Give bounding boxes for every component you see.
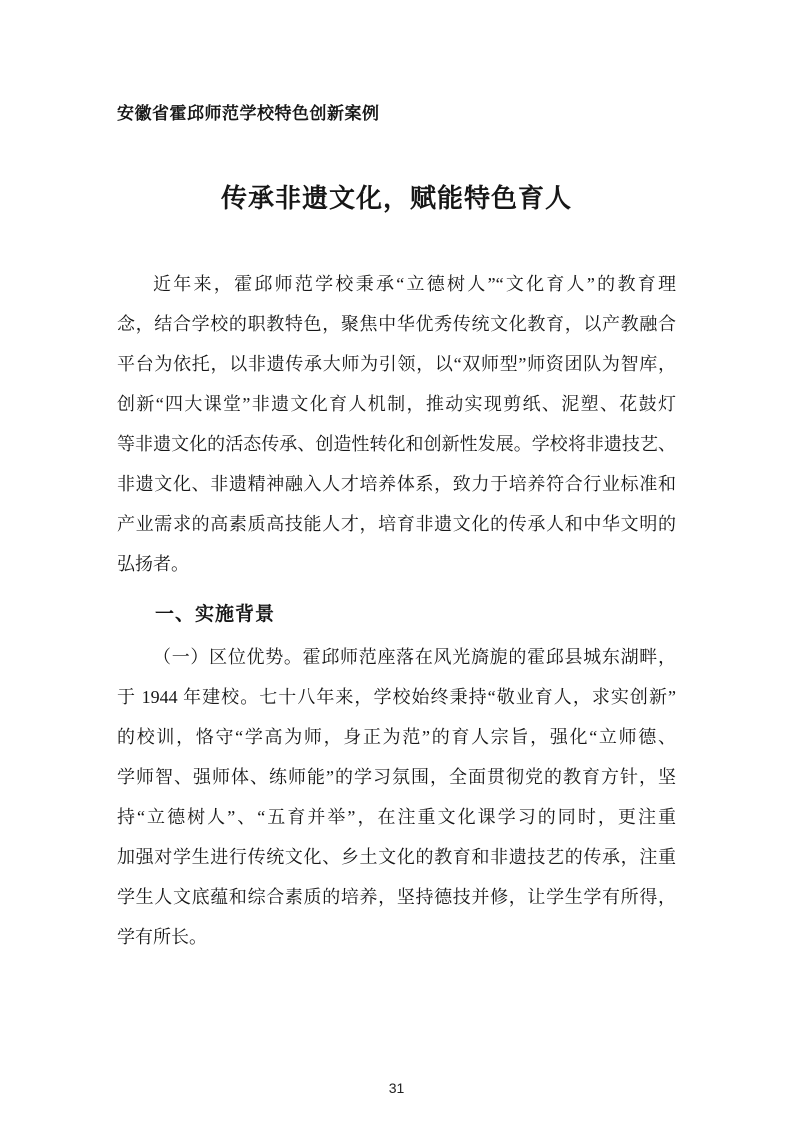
intro-paragraph: 近年来，霍邱师范学校秉承“立德树人”“文化育人”的教育理念，结合学校的职教特色，… — [117, 264, 676, 584]
text-line: 学有所长。 — [117, 917, 676, 957]
text-line: 于 1944 年建校。七十八年来，学校始终秉持“敬业育人，求实创新” — [117, 677, 676, 717]
text-line: （一）区位优势。霍邱师范座落在风光旖旎的霍邱县城东湖畔， — [117, 637, 676, 677]
doc-header-subject: 霍邱师范学校特色创新案例 — [170, 104, 380, 123]
document-page: 安徽省霍邱师范学校特色创新案例 传承非遗文化，赋能特色育人 近年来，霍邱师范学校… — [0, 0, 793, 1122]
doc-header-org: 安徽省 — [117, 104, 170, 123]
text-line: 平台为依托，以非遗传承大师为引领，以“双师型”师资团队为智库， — [117, 344, 676, 384]
doc-header: 安徽省霍邱师范学校特色创新案例 — [117, 99, 380, 124]
text-line: 加强对学生进行传统文化、乡土文化的教育和非遗技艺的传承，注重 — [117, 837, 676, 877]
background-paragraph: （一）区位优势。霍邱师范座落在风光旖旎的霍邱县城东湖畔，于 1944 年建校。七… — [117, 637, 676, 957]
text-line: 的校训，恪守“学高为师，身正为范”的育人宗旨，强化“立师德、 — [117, 717, 676, 757]
section-heading-implementation-background: 一、实施背景 — [117, 595, 676, 635]
text-line: 弘扬者。 — [117, 544, 676, 584]
text-line: 持“立德树人”、“五育并举”，在注重文化课学习的同时，更注重 — [117, 797, 676, 837]
text-line: 非遗文化、非遗精神融入人才培养体系，致力于培养符合行业标准和 — [117, 464, 676, 504]
text-line: 念，结合学校的职教特色，聚焦中华优秀传统文化教育，以产教融合 — [117, 304, 676, 344]
text-line: 等非遗文化的活态传承、创造性转化和创新性发展。学校将非遗技艺、 — [117, 424, 676, 464]
text-line: 学生人文底蕴和综合素质的培养，坚持德技并修，让学生学有所得， — [117, 877, 676, 917]
text-line: 近年来，霍邱师范学校秉承“立德树人”“文化育人”的教育理 — [117, 264, 676, 304]
text-line: 学师智、强师体、练师能”的学习氛围，全面贯彻党的教育方针，坚 — [117, 757, 676, 797]
doc-title: 传承非遗文化，赋能特色育人 — [117, 181, 676, 215]
text-line: 创新“四大课堂”非遗文化育人机制，推动实现剪纸、泥塑、花鼓灯 — [117, 384, 676, 424]
page-number: 31 — [0, 1080, 793, 1096]
text-line: 产业需求的高素质高技能人才，培育非遗文化的传承人和中华文明的 — [117, 504, 676, 544]
